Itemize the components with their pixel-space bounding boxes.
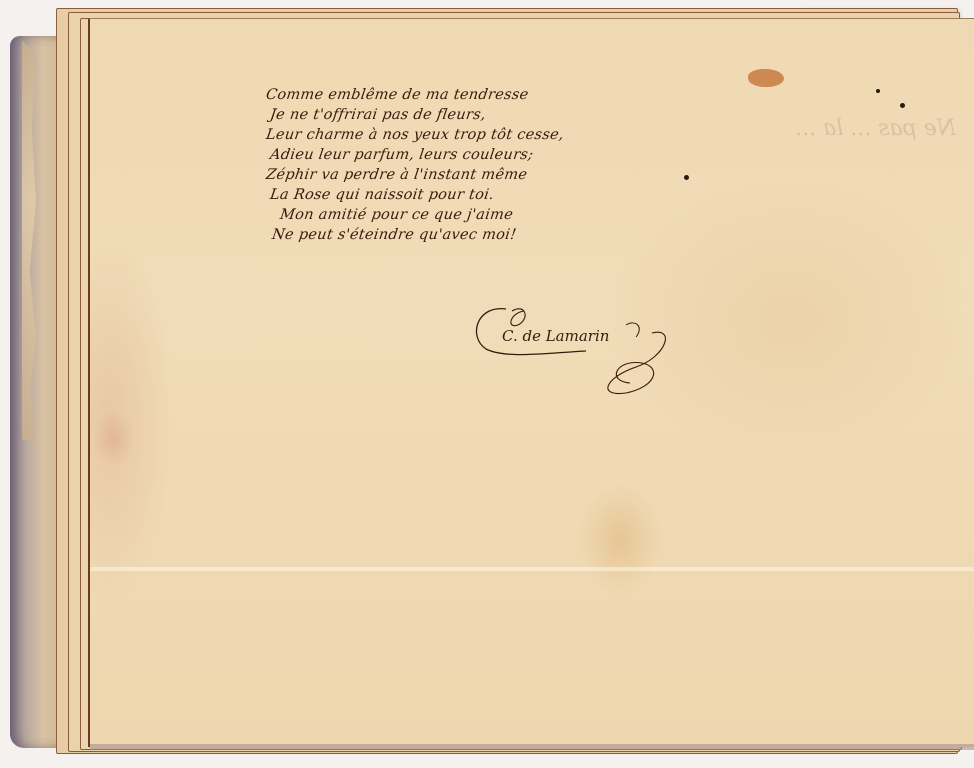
ink-stain [748, 69, 784, 87]
ink-speck [876, 89, 880, 93]
signature: C. de Lamarin [466, 297, 706, 397]
poem-line: Adieu leur parfum, leurs couleurs; [265, 145, 728, 165]
signature-text: C. de Lamarin [502, 327, 609, 345]
poem-line: Leur charme à nos yeux trop tôt cesse, [265, 125, 728, 145]
album-scan: Ne pas ... la ... Comme emblême de ma te… [0, 0, 974, 768]
signature-flourish-icon [466, 297, 706, 397]
poem: Comme emblême de ma tendresse Je ne t'of… [266, 85, 726, 245]
poem-line: Mon amitié pour ce que j'aime [265, 205, 728, 225]
poem-line: Ne peut s'éteindre qu'avec moi! [265, 225, 728, 245]
poem-line: Zéphir va perdre à l'instant même [265, 165, 728, 185]
poem-line: Comme emblême de ma tendresse [265, 85, 728, 105]
bleed-through-text: Ne pas ... la ... [756, 109, 956, 249]
poem-line: La Rose qui naissoit pour toi. [265, 185, 728, 205]
poem-line: Je ne t'offrirai pas de fleurs, [265, 105, 728, 125]
ink-speck [900, 103, 905, 108]
bottom-edge-shadow [90, 744, 974, 750]
manuscript-page: Ne pas ... la ... Comme emblême de ma te… [88, 18, 974, 747]
